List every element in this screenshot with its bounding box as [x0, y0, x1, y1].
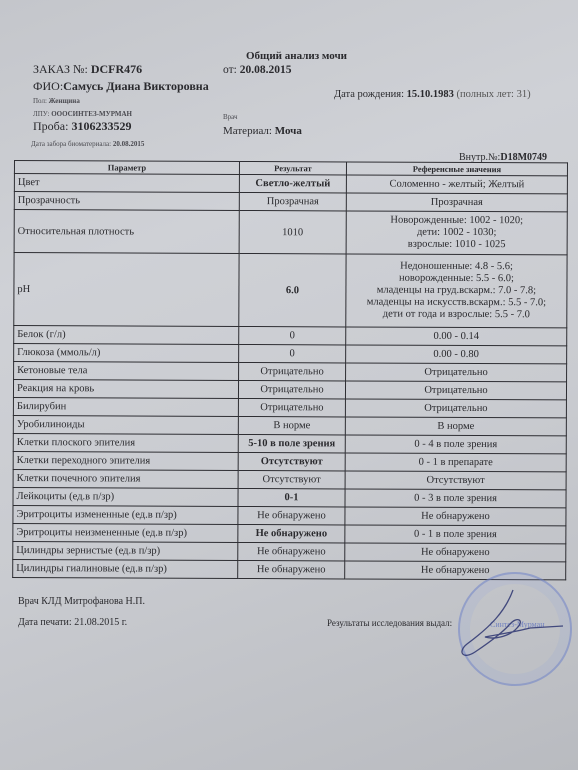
parameter-name: Глюкоза (ммоль/л) [14, 344, 239, 363]
lpu-value: ОООСИНТЕЗ-МУРМАН [51, 110, 132, 118]
reference-value: Не обнаружено [345, 543, 566, 562]
lab-doctor: Врач КЛД Митрофанова Н.П. [18, 596, 145, 607]
result-value: Отрицательно [238, 380, 345, 398]
print-date: Дата печати: 21.08.2015 г. [18, 617, 127, 628]
parameter-name: Цилиндры зернистые (ед.в п/зр) [13, 541, 238, 560]
reference-value: В норме [345, 417, 566, 436]
results-table: Параметр Результат Референсные значения … [12, 160, 568, 580]
signature-icon [455, 582, 565, 662]
reference-line: Недоношенные: 4.8 - 5.6; [349, 260, 565, 273]
result-value: Отрицательно [238, 398, 345, 416]
birth-label: Дата рождения: [334, 89, 404, 100]
reference-line: новорожденные: 5.5 - 6.0; [348, 272, 564, 285]
reference-line: Новорожденные: 1002 - 1020; [349, 214, 565, 227]
order-label: ЗАКАЗ №: [33, 62, 88, 76]
reference-line: взрослые: 1010 - 1025 [349, 238, 565, 251]
table-row: ЦветСветло-желтыйСоломенно - желтый; Жел… [14, 174, 567, 194]
reference-line: дети: 1002 - 1030; [349, 226, 565, 239]
reference-value: Новорожденные: 1002 - 1020;дети: 1002 - … [346, 211, 567, 255]
result-value: 0 [239, 344, 346, 362]
result-value: 5-10 в поле зрения [238, 434, 345, 452]
table-row: Эритроциты неизмененные (ед.в п/зр)Не об… [13, 523, 566, 543]
sample-label: Проба: [33, 119, 68, 133]
table-row: Лейкоциты (ед.в п/зр)0-10 - 3 в поле зре… [13, 487, 566, 507]
parameter-name: Цилиндры гиалиновые (ед.в п/зр) [13, 559, 238, 578]
reference-value: Отрицательно [345, 399, 566, 418]
lpu: ЛПУ: ОООСИНТЕЗ-МУРМАН [33, 110, 132, 118]
reference-line: дети от года и взрослые: 5.5 - 7.0 [348, 308, 564, 321]
parameter-name: Уробилиноиды [13, 415, 238, 434]
material-value: Моча [275, 125, 302, 137]
reference-value: Отрицательно [345, 381, 566, 400]
parameter-name: Цвет [14, 174, 239, 193]
table-row: Эритроциты измененные (ед.в п/зр)Не обна… [13, 505, 566, 525]
result-value: 0-1 [238, 488, 345, 506]
result-value: Не обнаружено [238, 506, 345, 524]
parameter-name: Эритроциты неизмененные (ед.в п/зр) [13, 523, 238, 542]
reference-value: 0 - 3 в поле зрения [345, 489, 566, 508]
collect-value: 20.08.2015 [113, 140, 145, 148]
table-row: Кетоновые телаОтрицательноОтрицательно [14, 362, 567, 382]
sex-value: Женщина [49, 97, 80, 105]
reference-value: 0.00 - 0.80 [346, 345, 567, 364]
result-value: В норме [238, 416, 345, 434]
parameter-name: Кетоновые тела [14, 362, 239, 381]
parameter-name: Белок (г/л) [14, 326, 239, 345]
reference-value: Не обнаружено [345, 507, 566, 526]
result-value: Не обнаружено [238, 542, 345, 560]
result-value: 0 [239, 326, 346, 344]
sex-label: Пол: [33, 97, 47, 105]
result-value: Отрицательно [239, 362, 346, 380]
table-row: Клетки переходного эпителияОтсутствуют0 … [13, 451, 566, 471]
table-row: Цилиндры гиалиновые (ед.в п/зр)Не обнару… [13, 559, 566, 579]
document-title: Общий анализ мочи [246, 50, 347, 62]
order-date: от: 20.08.2015 [223, 64, 291, 76]
table-row: УробилиноидыВ нормеВ норме [13, 415, 566, 435]
material: Материал: Моча [223, 125, 302, 137]
order-value: DCFR476 [91, 62, 142, 76]
order-date-value: 20.08.2015 [240, 64, 292, 76]
sample-number: Проба: 3106233529 [33, 119, 131, 134]
parameter-name: Клетки переходного эпителия [13, 451, 238, 470]
order-number: ЗАКАЗ №: DCFR476 [33, 62, 142, 77]
collection-date: Дата забора биоматериала: 20.08.2015 [31, 140, 144, 148]
table-row: Относительная плотность1010Новорожденные… [14, 210, 567, 255]
reference-line: младенцы на груд.вскарм.: 7.0 - 7.8; [348, 284, 564, 297]
result-value: Светло-желтый [239, 174, 346, 192]
table-row: Белок (г/л)00.00 - 0.14 [14, 326, 567, 346]
reference-value: 0.00 - 0.14 [346, 327, 567, 346]
doctor-label: Врач [223, 113, 238, 121]
result-value: 6.0 [239, 253, 346, 326]
column-header-result: Результат [239, 161, 346, 174]
material-label: Материал: [223, 125, 272, 137]
parameter-name: Реакция на кровь [13, 380, 238, 399]
patient-sex: Пол: Женщина [33, 97, 80, 105]
reference-value: Соломенно - желтый; Желтый [346, 175, 567, 194]
fio-label: ФИО: [33, 79, 63, 93]
reference-value: 0 - 4 в поле зрения [345, 435, 566, 454]
parameter-name: Относительная плотность [14, 210, 239, 254]
parameter-name: Билирубин [13, 397, 238, 416]
column-header-reference: Референсные значения [346, 162, 567, 176]
reference-value: Отрицательно [346, 363, 567, 382]
results-body: ЦветСветло-желтыйСоломенно - желтый; Жел… [13, 174, 568, 580]
result-value: 1010 [239, 210, 346, 253]
parameter-name: Клетки почечного эпителия [13, 469, 238, 488]
parameter-name: pH [14, 253, 239, 327]
column-header-parameter: Параметр [14, 161, 239, 175]
result-value: Отсутствуют [238, 470, 345, 488]
birth-date: Дата рождения: 15.10.1983 (полных лет: 3… [334, 89, 531, 100]
table-row: Реакция на кровьОтрицательноОтрицательно [13, 380, 566, 400]
collect-label: Дата забора биоматериала: [31, 140, 111, 148]
table-row: Клетки плоского эпителия5-10 в поле зрен… [13, 433, 566, 453]
result-value: Не обнаружено [238, 560, 345, 578]
table-row: Клетки почечного эпителияОтсутствуютОтсу… [13, 469, 566, 489]
parameter-name: Лейкоциты (ед.в п/зр) [13, 487, 238, 506]
reference-value: 0 - 1 в препарате [345, 453, 566, 472]
result-value: Не обнаружено [238, 524, 345, 542]
result-value: Прозрачная [239, 192, 346, 210]
print-date-label: Дата печати: [18, 617, 72, 628]
reference-line: младенцы на искусств.вскарм.: 5.5 - 7.0; [348, 296, 564, 309]
reference-value: Недоношенные: 4.8 - 5.6;новорожденные: 5… [346, 254, 567, 328]
parameter-name: Клетки плоского эпителия [13, 433, 238, 452]
age-text: (полных лет: 31) [457, 89, 531, 100]
table-row: ПрозрачностьПрозрачнаяПрозрачная [14, 192, 567, 212]
sample-value: 3106233529 [71, 119, 131, 133]
order-date-label: от: [223, 64, 237, 76]
table-row: Цилиндры зернистые (ед.в п/зр)Не обнаруж… [13, 541, 566, 561]
table-row: БилирубинОтрицательноОтрицательно [13, 397, 566, 417]
print-date-value: 21.08.2015 г. [74, 617, 127, 628]
reference-value: Отсутствуют [345, 471, 566, 490]
birth-value: 15.10.1983 [407, 89, 454, 100]
result-value: Отсутствуют [238, 452, 345, 470]
patient-name: ФИО:Самусь Диана Викторовна [33, 79, 209, 94]
parameter-name: Эритроциты измененные (ед.в п/зр) [13, 505, 238, 524]
issued-by: Результаты исследования выдал: [327, 618, 452, 628]
reference-value: 0 - 1 в поле зрения [345, 525, 566, 544]
lpu-label: ЛПУ: [33, 110, 49, 118]
fio-value: Самусь Диана Викторовна [63, 79, 209, 93]
table-row: pH6.0Недоношенные: 4.8 - 5.6;новорожденн… [14, 253, 567, 328]
table-row: Глюкоза (ммоль/л)00.00 - 0.80 [14, 344, 567, 364]
parameter-name: Прозрачность [14, 192, 239, 211]
reference-value: Прозрачная [346, 193, 567, 212]
